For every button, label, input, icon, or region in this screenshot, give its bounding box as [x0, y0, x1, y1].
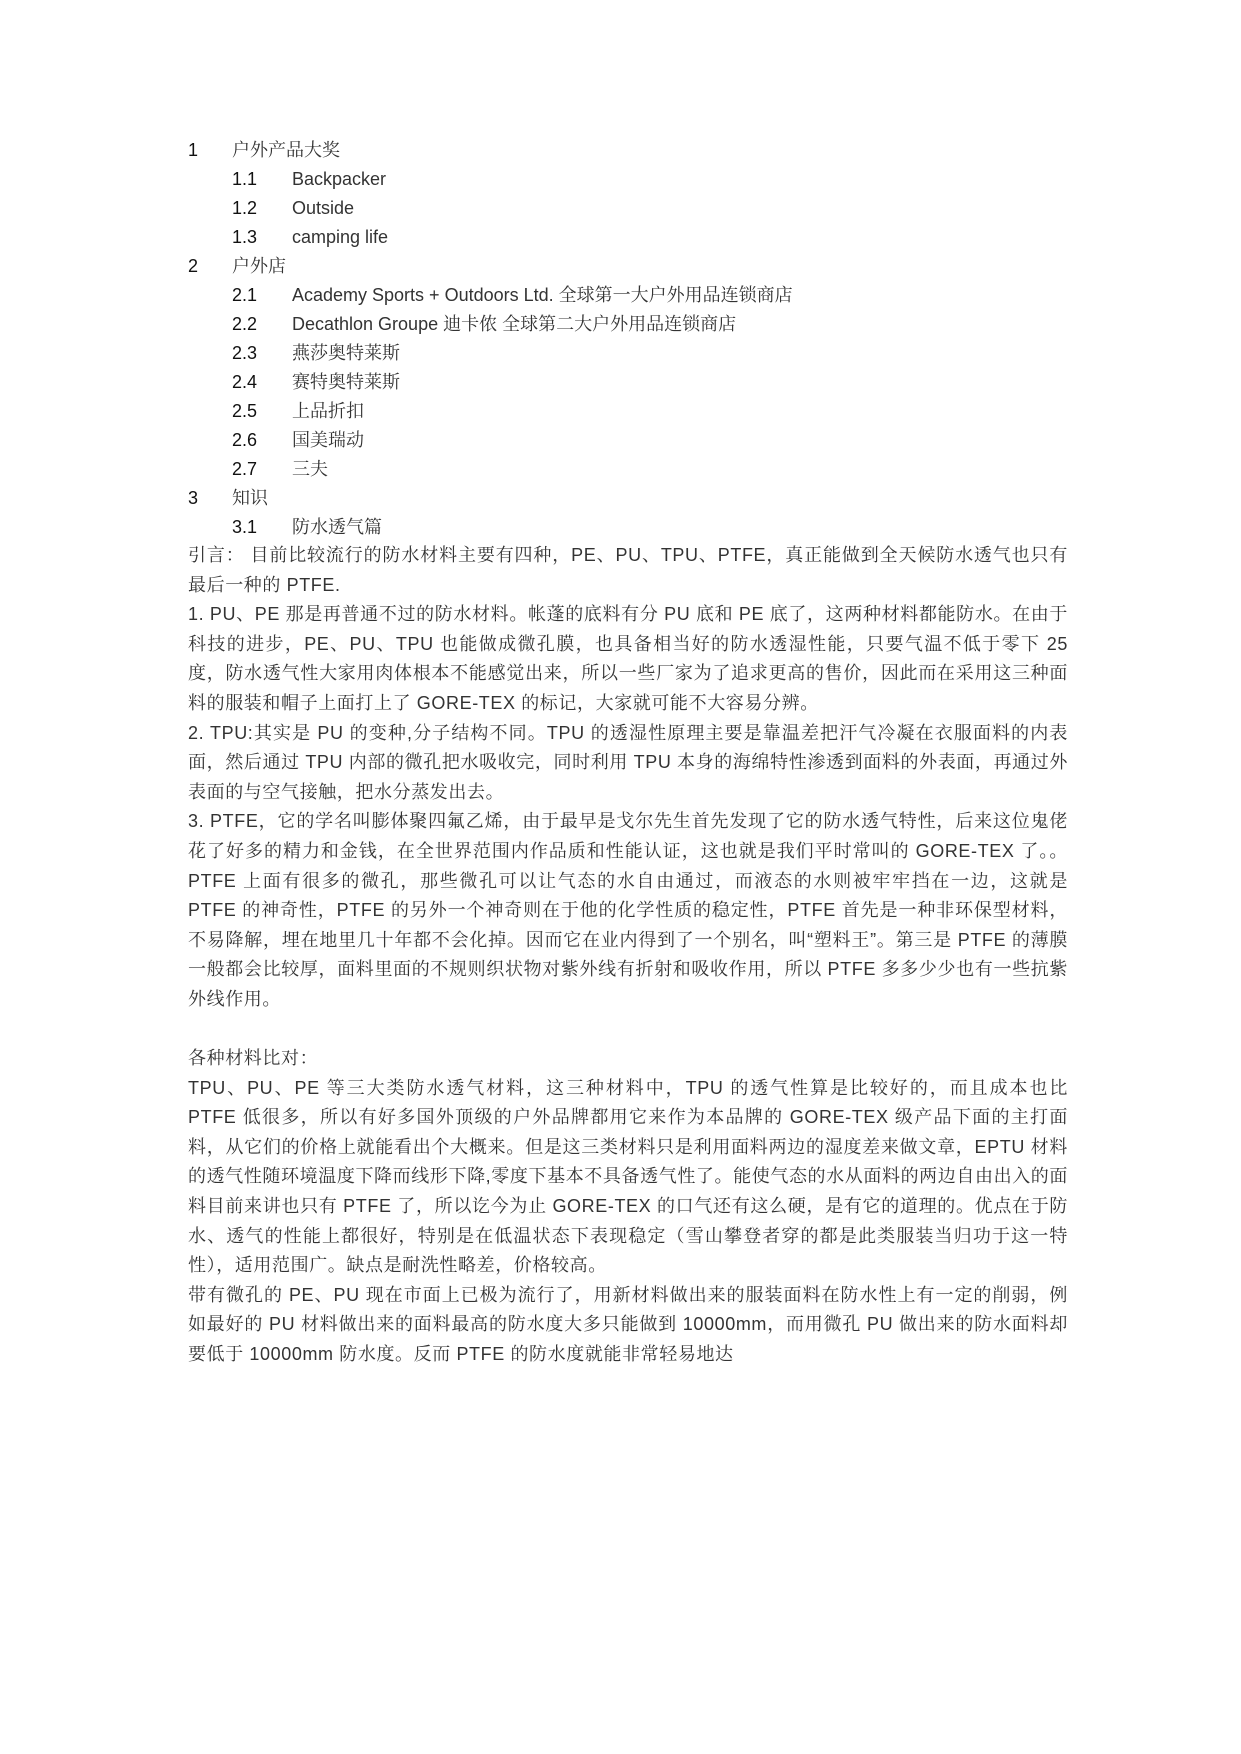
outline-text: 防水透气篇: [292, 513, 382, 542]
outline-text: 赛特奥特莱斯: [292, 368, 400, 397]
outline-text: 燕莎奥特莱斯: [292, 339, 400, 368]
paragraph-microporous: 带有微孔的 PE、PU 现在市面上已极为流行了，用新材料做出来的服装面料在防水性…: [188, 1281, 1068, 1370]
outline-number: 1: [188, 136, 198, 165]
paragraph-tpu: 2. TPU:其实是 PU 的变种,分子结构不同。TPU 的透湿性原理主要是靠温…: [188, 719, 1068, 808]
body-text: 引言： 目前比较流行的防水材料主要有四种，PE、PU、TPU、PTFE，真正能做…: [188, 541, 1068, 1370]
outline-number: 1.2: [232, 194, 257, 223]
outline-number: 2.1: [232, 281, 257, 310]
outline-number: 2: [188, 252, 198, 281]
outline-text: Outside: [292, 194, 354, 223]
outline-number: 2.7: [232, 455, 257, 484]
outline-text: Academy Sports + Outdoors Ltd. 全球第一大户外用品…: [292, 281, 793, 310]
blank-line: [188, 1015, 1068, 1045]
intro-paragraph: 引言： 目前比较流行的防水材料主要有四种，PE、PU、TPU、PTFE，真正能做…: [188, 541, 1068, 600]
outline-number: 2.2: [232, 310, 257, 339]
outline-number: 1.1: [232, 165, 257, 194]
outline-number: 2.4: [232, 368, 257, 397]
outline-number: 2.6: [232, 426, 257, 455]
outline-number: 3.1: [232, 513, 257, 542]
outline-text: 户外店: [232, 252, 286, 281]
document-page: 1户外产品大奖 1.1Backpacker 1.2Outside 1.3camp…: [0, 0, 1241, 1754]
paragraph-comparison: TPU、PU、PE 等三大类防水透气材料，这三种材料中，TPU 的透气性算是比较…: [188, 1074, 1068, 1281]
outline-text: 上品折扣: [292, 397, 364, 426]
outline-text: Decathlon Groupe 迪卡侬 全球第二大户外用品连锁商店: [292, 310, 736, 339]
outline-number: 2.3: [232, 339, 257, 368]
outline-number: 3: [188, 484, 198, 513]
outline-text: 三夫: [292, 455, 328, 484]
paragraph-pu-pe: 1. PU、PE 那是再普通不过的防水材料。帐蓬的底料有分 PU 底和 PE 底…: [188, 600, 1068, 718]
comparison-heading: 各种材料比对：: [188, 1044, 1068, 1074]
paragraph-ptfe: 3. PTFE，它的学名叫膨体聚四氟乙烯，由于最早是戈尔先生首先发现了它的防水透…: [188, 807, 1068, 1014]
outline-text: camping life: [292, 223, 388, 252]
outline-text: Backpacker: [292, 165, 386, 194]
outline-text: 国美瑞动: [292, 426, 364, 455]
outline-text: 知识: [232, 484, 268, 513]
outline-number: 1.3: [232, 223, 257, 252]
outline-text: 户外产品大奖: [232, 136, 340, 165]
outline-number: 2.5: [232, 397, 257, 426]
